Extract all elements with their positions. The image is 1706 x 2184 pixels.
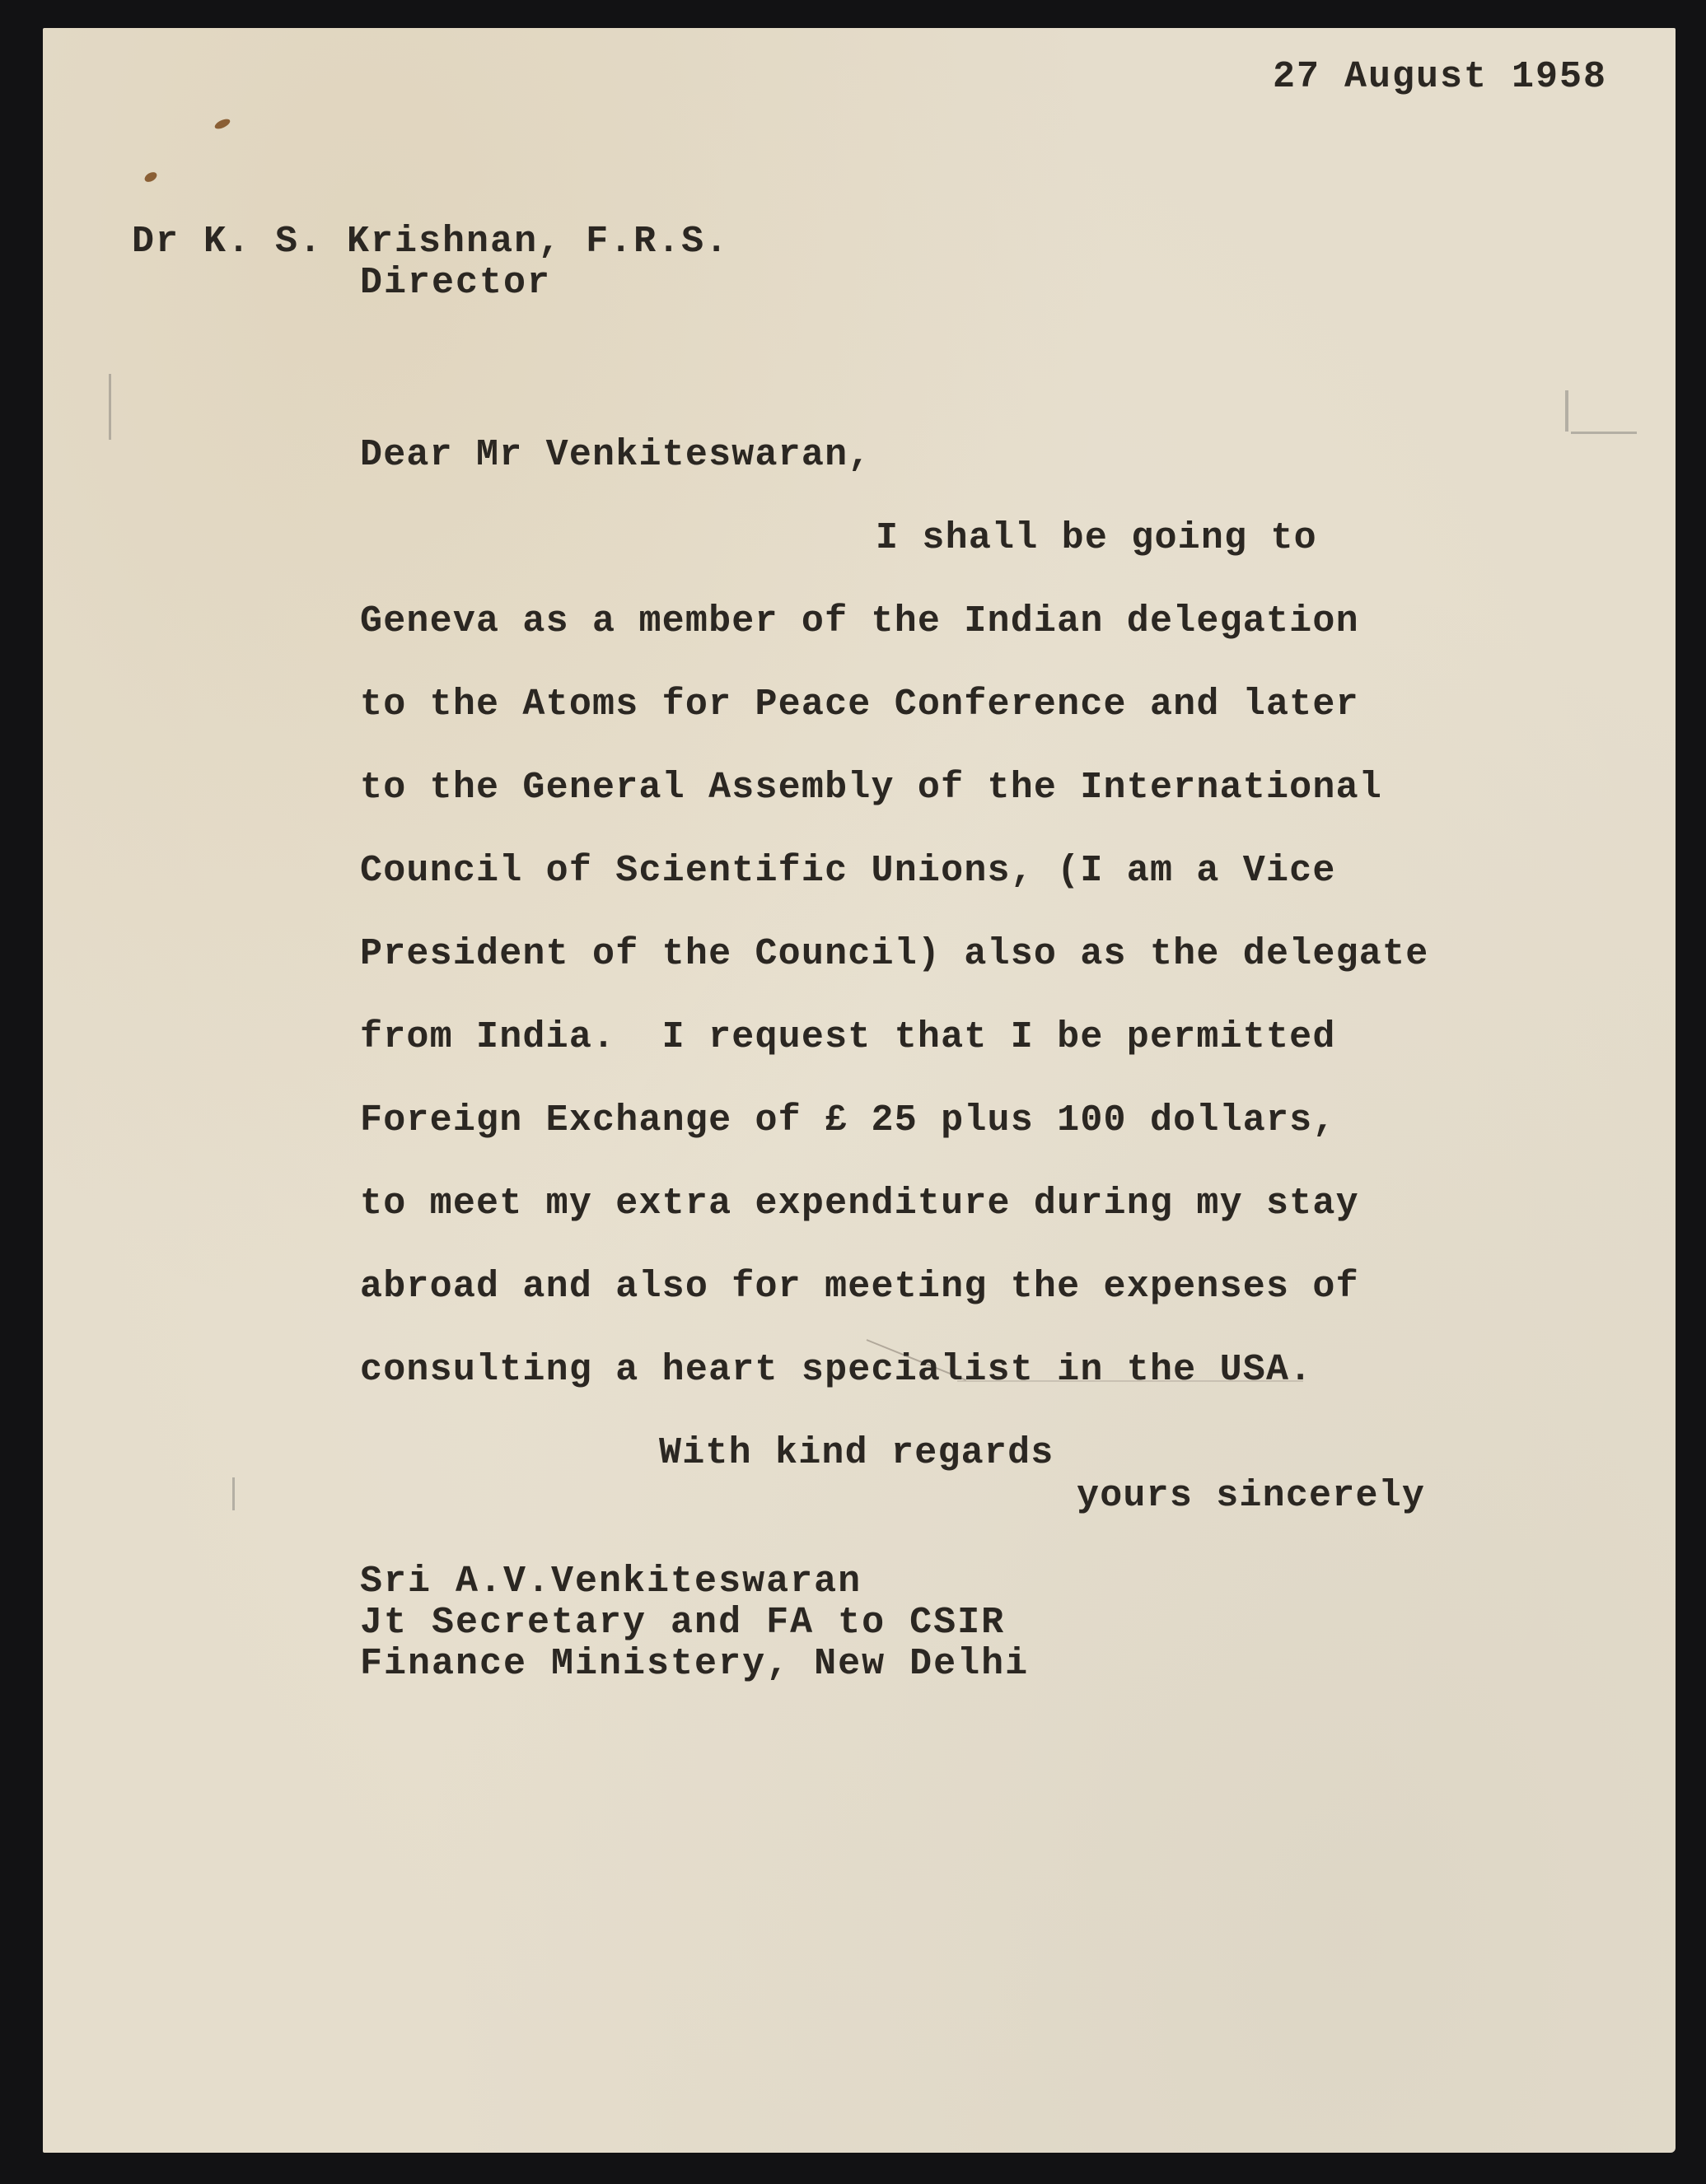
pencil-mark <box>1571 432 1637 434</box>
letter-date: 27 August 1958 <box>1273 56 1607 98</box>
body-line: to the General Assembly of the Internati… <box>360 767 1382 809</box>
recipient-address: Finance Ministery, New Delhi <box>360 1643 1029 1685</box>
pencil-mark <box>232 1477 235 1510</box>
body-line: Council of Scientific Unions, (I am a Vi… <box>360 850 1336 892</box>
body-line: I shall be going to <box>876 517 1317 559</box>
recipient-name: Sri A.V.Venkiteswaran <box>360 1561 862 1603</box>
salutation: Dear Mr Venkiteswaran, <box>360 434 872 476</box>
sender-title: Director <box>360 262 551 304</box>
body-line: President of the Council) also as the de… <box>360 933 1428 975</box>
closing-signoff: yours sincerely <box>1077 1475 1425 1517</box>
ink-stain-mark <box>143 170 159 184</box>
body-line: consulting a heart specialist in the USA… <box>360 1349 1312 1391</box>
closing-regards: With kind regards <box>659 1432 1054 1474</box>
letter-page <box>43 28 1676 2153</box>
body-line: to meet my extra expenditure during my s… <box>360 1183 1359 1225</box>
ink-stain-mark <box>213 117 231 131</box>
pencil-mark <box>109 374 111 440</box>
body-line: from India. I request that I be permitte… <box>360 1016 1336 1058</box>
recipient-title: Jt Secretary and FA to CSIR <box>360 1602 1005 1644</box>
body-line: abroad and also for meeting the expenses… <box>360 1266 1359 1308</box>
body-line: Geneva as a member of the Indian delegat… <box>360 600 1359 642</box>
pencil-mark <box>1565 390 1568 432</box>
sender-name: Dr K. S. Krishnan, F.R.S. <box>132 221 729 263</box>
body-line: Foreign Exchange of £ 25 plus 100 dollar… <box>360 1099 1336 1141</box>
body-line: to the Atoms for Peace Conference and la… <box>360 684 1359 726</box>
